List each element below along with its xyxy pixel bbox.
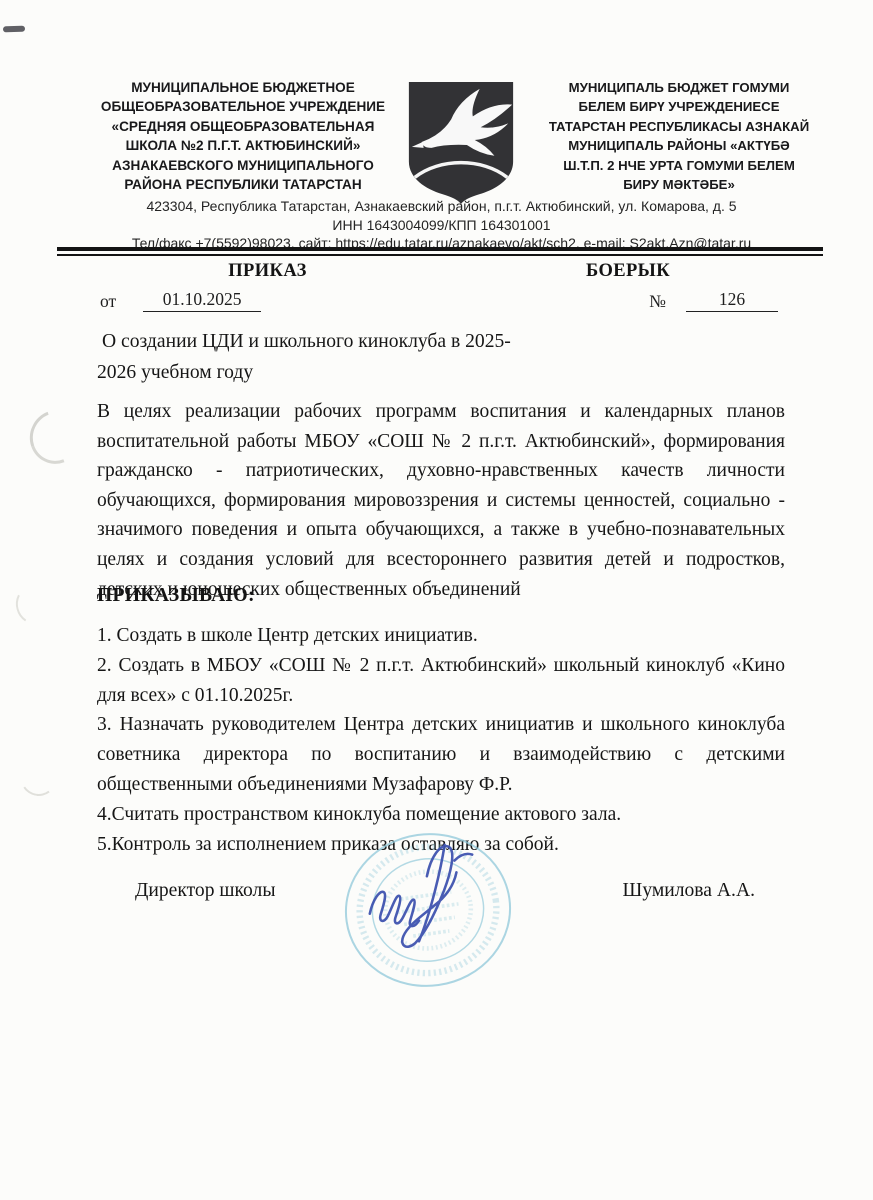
org-tat-line: ТАТАРСТАН РЕСПУБЛИКАСЫ АЗНАКАЙ: [528, 117, 830, 136]
order-date: 01.10.2025: [143, 289, 261, 312]
from-label: от: [100, 291, 116, 312]
org-ru-line: ШКОЛА №2 П.Г.Т. АКТЮБИНСКИЙ»: [92, 136, 394, 155]
order-items: 1. Создать в школе Центр детских инициат…: [97, 621, 785, 859]
org-ru-line: РАЙОНА РЕСПУБЛИКИ ТАТАРСТАН: [92, 175, 394, 194]
scan-artifact-crescent: [17, 753, 61, 799]
order-item: 2. Создать в МБОУ «СОШ № 2 п.г.т. Актюби…: [97, 651, 785, 711]
org-ru-line: МУНИЦИПАЛЬНОЕ БЮДЖЕТНОЕ: [92, 78, 394, 97]
order-heading-left: ПРИКАЗ от 01.10.2025: [100, 261, 435, 312]
address-line: 423304, Республика Татарстан, Азнакаевск…: [55, 197, 828, 216]
signer-name: Шумилова А.А.: [623, 880, 755, 902]
inn-kpp-line: ИНН 1643004099/КПП 164301001: [55, 216, 828, 235]
letterhead: МУНИЦИПАЛЬНОЕ БЮДЖЕТНОЕ ОБЩЕОБРАЗОВАТЕЛЬ…: [60, 78, 835, 205]
doc-type-russian: ПРИКАЗ: [100, 261, 435, 282]
contact-block: 423304, Республика Татарстан, Азнакаевск…: [55, 197, 828, 253]
order-item: 1. Создать в школе Центр детских инициат…: [97, 621, 785, 651]
org-ru-line: ОБЩЕОБРАЗОВАТЕЛЬНОЕ УЧРЕЖДЕНИЕ: [92, 97, 394, 116]
order-heading: ПРИКАЗ от 01.10.2025 БОЕРЫК № 126: [100, 261, 778, 312]
number-row: № 126: [478, 289, 778, 312]
scanned-order-document: МУНИЦИПАЛЬНОЕ БЮДЖЕТНОЕ ОБЩЕОБРАЗОВАТЕЛЬ…: [0, 0, 873, 1200]
handwritten-signature-icon: [356, 830, 484, 960]
order-item: 3. Назначать руководителем Центра детски…: [97, 710, 785, 799]
org-ru-line: «СРЕДНЯЯ ОБЩЕОБРАЗОВАТЕЛЬНАЯ: [92, 117, 394, 136]
order-heading-right: БОЕРЫК № 126: [478, 261, 778, 312]
order-number: 126: [686, 289, 778, 312]
order-subject: О создании ЦДИ и школьного киноклуба в 2…: [97, 326, 577, 388]
number-label: №: [649, 291, 666, 312]
org-tat-line: Ш.Т.П. 2 НЧЕ УРТА ГОМУМИ БЕЛЕМ: [528, 156, 830, 175]
scan-artifact-crescent: [12, 582, 55, 628]
directive-heading: ПРИКАЗЫВАЮ:: [97, 585, 255, 607]
scan-artifact-crescent: [21, 402, 91, 473]
signer-title: Директор школы: [135, 880, 276, 902]
letterhead-divider-rule: [57, 247, 823, 256]
subject-line: 2026 учебном году: [97, 357, 577, 388]
org-tat-line: БЕЛЕМ БИРҮ УЧРЕЖДЕНИЕСЕ: [528, 97, 830, 116]
date-row: от 01.10.2025: [100, 289, 435, 312]
org-tat-line: МУНИЦИПАЛЬ РАЙОНЫ «АКТҮБӘ: [528, 136, 830, 155]
order-preamble: В целях реализации рабочих программ восп…: [97, 397, 785, 604]
org-name-tatar: МУНИЦИПАЛЬ БЮДЖЕТ ГОМУМИ БЕЛЕМ БИРҮ УЧРЕ…: [528, 78, 830, 194]
org-name-russian: МУНИЦИПАЛЬНОЕ БЮДЖЕТНОЕ ОБЩЕОБРАЗОВАТЕЛЬ…: [92, 78, 394, 194]
org-tat-line: МУНИЦИПАЛЬ БЮДЖЕТ ГОМУМИ: [528, 78, 830, 97]
org-tat-line: БИРУ МӘКТӘБЕ»: [528, 175, 830, 194]
coat-of-arms-bird-icon: [402, 79, 520, 205]
org-ru-line: АЗНАКАЕВСКОГО МУНИЦИПАЛЬНОГО: [92, 156, 394, 175]
subject-line: О создании ЦДИ и школьного киноклуба в 2…: [97, 326, 577, 357]
scan-artifact-dash: [3, 26, 25, 33]
doc-type-tatar: БОЕРЫК: [478, 261, 778, 282]
